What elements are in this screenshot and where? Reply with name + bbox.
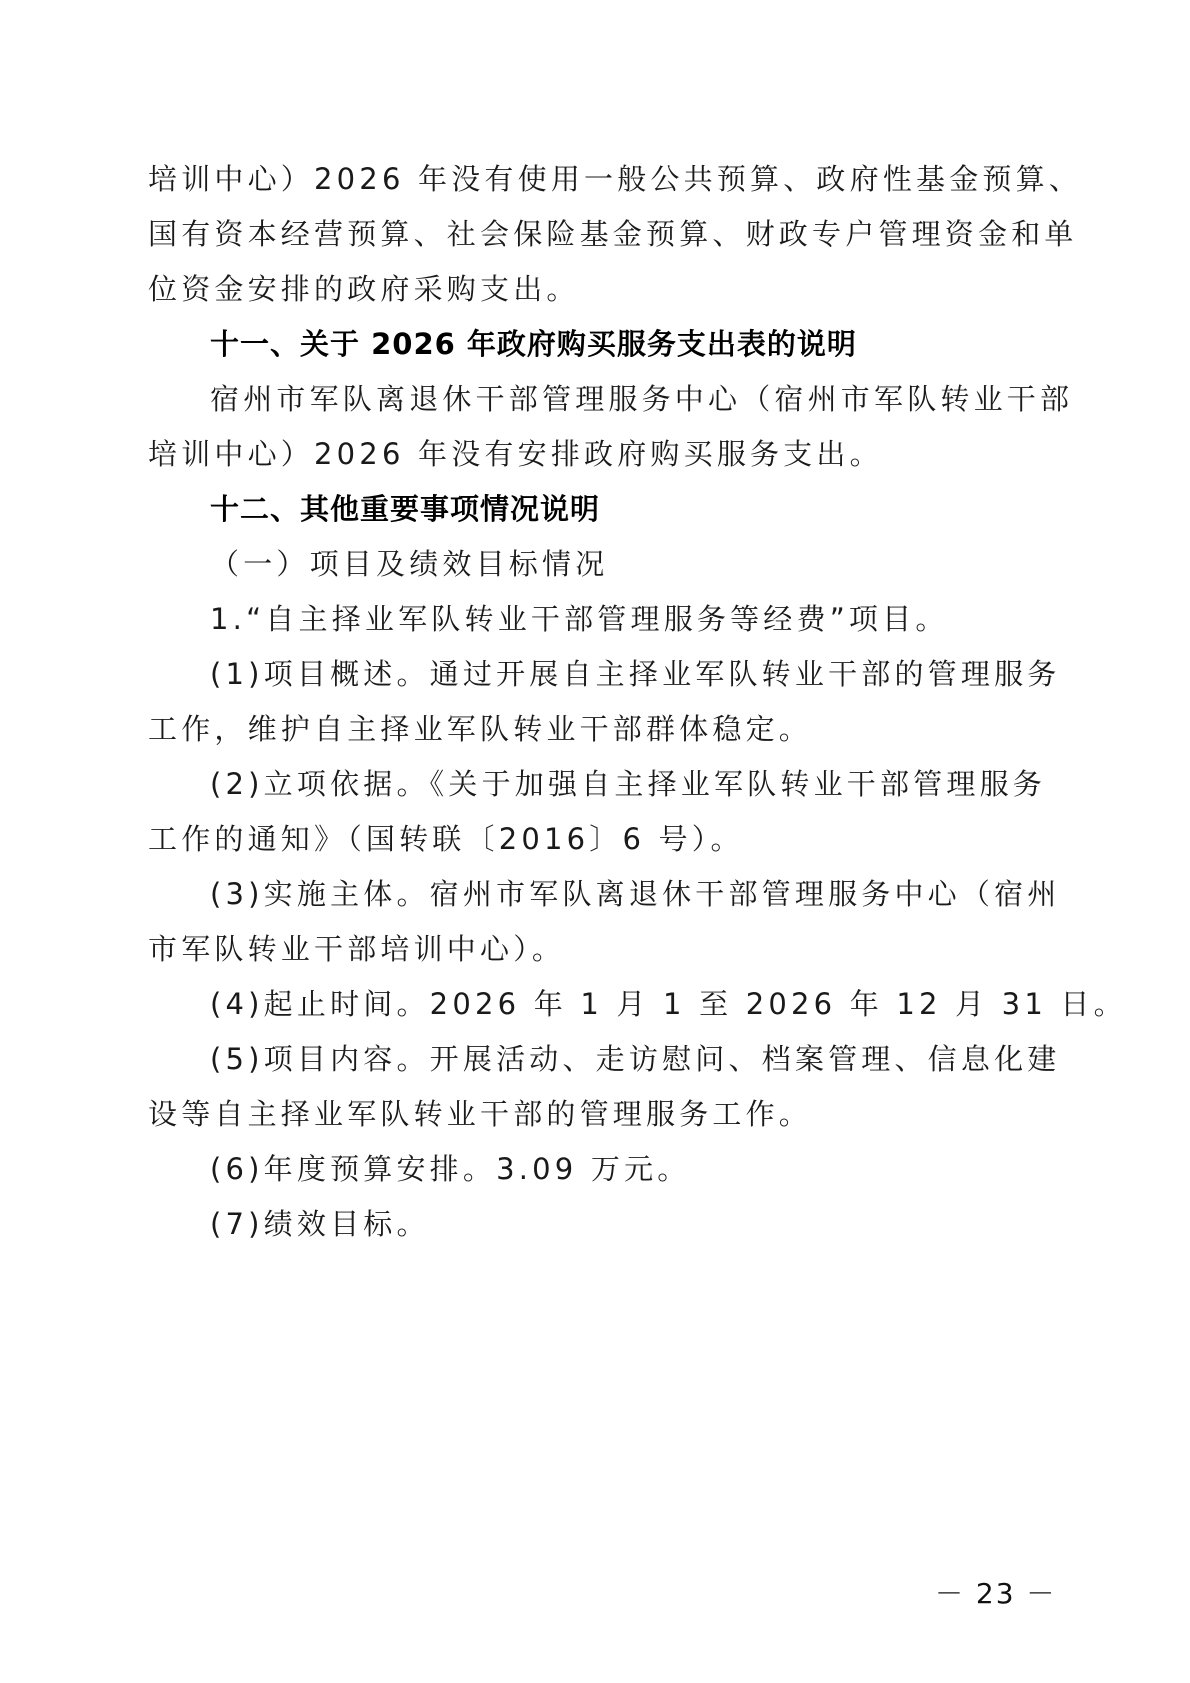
paragraph-line: 市军队转业干部培训中心）。	[148, 922, 1030, 977]
document-page: 培训中心）2026 年没有使用一般公共预算、政府性基金预算、 国有资本经营预算、…	[0, 0, 1190, 1683]
paragraph-line: 工作，维护自主择业军队转业干部群体稳定。	[148, 702, 1030, 757]
document-body: 培训中心）2026 年没有使用一般公共预算、政府性基金预算、 国有资本经营预算、…	[148, 152, 1030, 1252]
page-number: － 23 －	[935, 1572, 1056, 1612]
paragraph-line: (7)绩效目标。	[148, 1197, 1030, 1252]
paragraph-line: (1)项目概述。通过开展自主择业军队转业干部的管理服务	[148, 647, 1030, 702]
paragraph-line: (4)起止时间。2026 年 1 月 1 至 2026 年 12 月 31 日。	[148, 977, 1030, 1032]
paragraph-line: 培训中心）2026 年没有安排政府购买服务支出。	[148, 427, 1030, 482]
section-heading-11: 十一、关于 2026 年政府购买服务支出表的说明	[148, 317, 1030, 372]
paragraph-line: 国有资本经营预算、社会保险基金预算、财政专户管理资金和单	[148, 207, 1030, 262]
subsection-heading: （一）项目及绩效目标情况	[148, 537, 1030, 592]
paragraph-line: (2)立项依据。《关于加强自主择业军队转业干部管理服务	[148, 757, 1030, 812]
item-title: 1.“自主择业军队转业干部管理服务等经费”项目。	[148, 592, 1030, 647]
section-heading-12: 十二、其他重要事项情况说明	[148, 482, 1030, 537]
paragraph-line: (3)实施主体。宿州市军队离退休干部管理服务中心（宿州	[148, 867, 1030, 922]
paragraph-line: 培训中心）2026 年没有使用一般公共预算、政府性基金预算、	[148, 152, 1030, 207]
paragraph-line: (6)年度预算安排。3.09 万元。	[148, 1142, 1030, 1197]
paragraph-line: 位资金安排的政府采购支出。	[148, 262, 1030, 317]
paragraph-line: (5)项目内容。开展活动、走访慰问、档案管理、信息化建	[148, 1032, 1030, 1087]
paragraph-line: 设等自主择业军队转业干部的管理服务工作。	[148, 1087, 1030, 1142]
paragraph-line: 宿州市军队离退休干部管理服务中心（宿州市军队转业干部	[148, 372, 1030, 427]
paragraph-line: 工作的通知》（国转联〔2016〕6 号）。	[148, 812, 1030, 867]
